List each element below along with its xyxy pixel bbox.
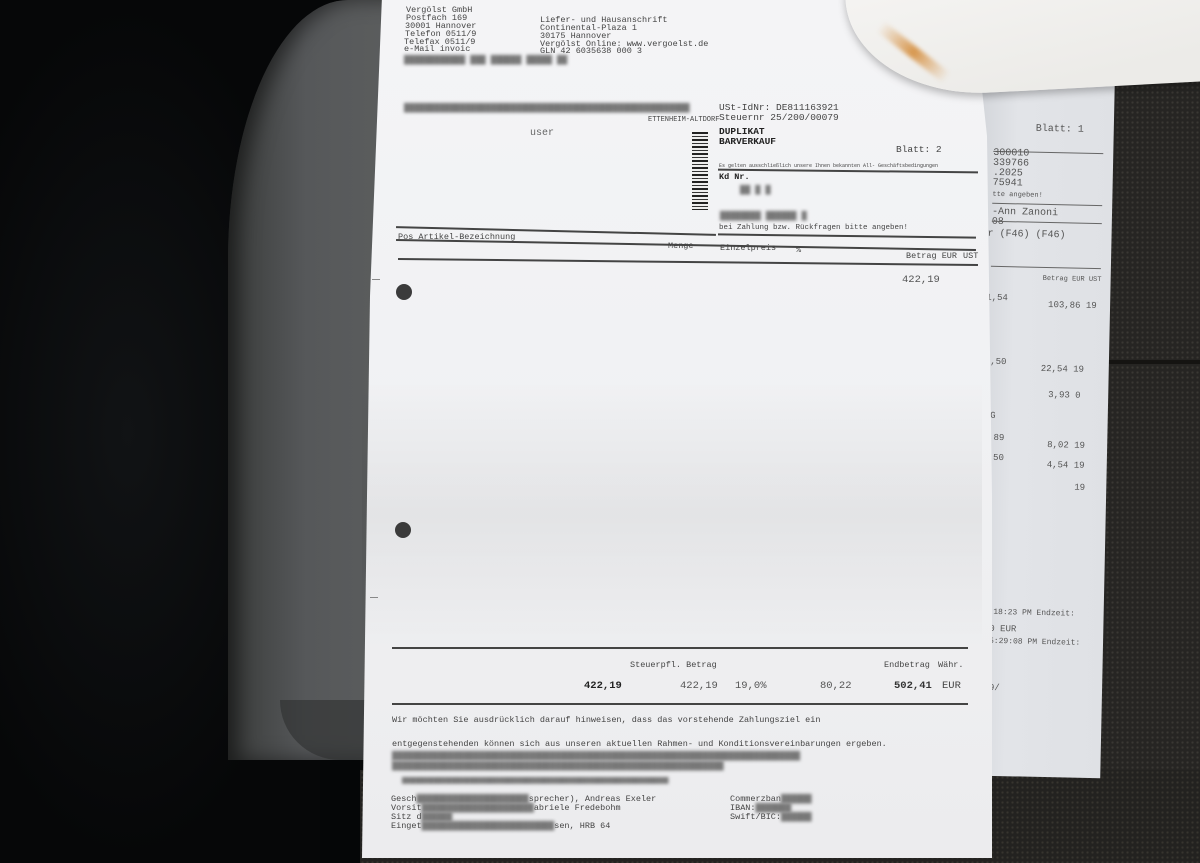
photo-scene: Blatt: 1 300010 339766 .2025 75941 tte a…	[0, 0, 1200, 863]
final-amount: 502,41	[894, 682, 932, 692]
footer-line-1: Wir möchten Sie ausdrücklich darauf hinw…	[392, 716, 820, 726]
totals-final-header: Endbetrag	[884, 661, 930, 671]
back-sheet-label: Blatt: 1	[1036, 124, 1084, 136]
col-unit-price: Einzelpreis	[720, 244, 776, 254]
tax-number: Steuernr 25/200/00079	[719, 113, 839, 123]
footer-line-2: entgegenstehenden können sich aus unsere…	[392, 740, 887, 750]
recipient-line: ETTENHEIM-ALTDORF	[648, 116, 719, 126]
col-quantity: Menge	[668, 242, 694, 252]
col-percent: %	[796, 246, 801, 256]
tax-amount: 80,22	[820, 682, 852, 692]
punch-hole	[396, 284, 412, 300]
col-vat: UST	[963, 252, 978, 262]
currency: EUR	[942, 682, 961, 692]
totals-currency-header: Währ.	[938, 661, 964, 671]
sheet-number: Blatt: 2	[896, 145, 942, 155]
punch-hole	[395, 522, 411, 538]
reference-note: bei Zahlung bzw. Rückfragen bitte angebe…	[719, 224, 908, 234]
seat-seam	[1100, 360, 1200, 364]
back-ids: 300010 339766 .2025 75941	[993, 149, 1030, 190]
recipient-name: user	[530, 129, 554, 139]
customer-number-label: Kd Nr.	[719, 173, 750, 183]
tax-rate: 19,0%	[735, 682, 767, 692]
net-amount: 422,19	[584, 682, 622, 692]
col-amount: Betrag EUR	[906, 252, 957, 262]
barcode	[692, 132, 708, 210]
taxable-amount: 422,19	[680, 682, 718, 692]
sale-type: BARVERKAUF	[719, 137, 776, 147]
carry-over-amount: 422,19	[902, 276, 940, 286]
totals-taxable-header: Steuerpfl. Betrag	[630, 661, 717, 671]
invoice-page	[362, 0, 992, 858]
